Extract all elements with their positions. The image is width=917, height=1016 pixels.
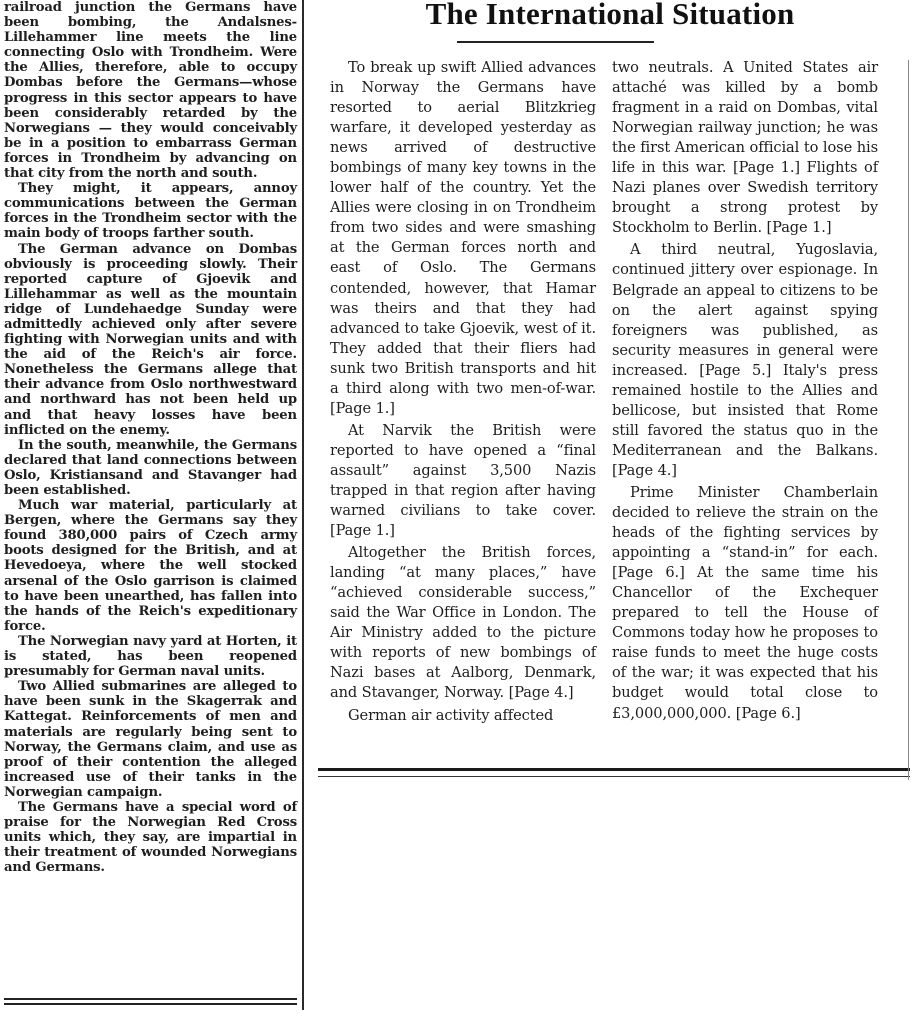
paragraph: To break up swift Allied advances in Nor… [330, 58, 596, 419]
paragraph: The German advance on Dombas obviously i… [4, 242, 297, 438]
paragraph: two neutrals. A United States air attach… [612, 58, 878, 238]
article-end-rule [318, 768, 910, 771]
paragraph: A third neutral, Yugoslavia, continued j… [612, 240, 878, 481]
paragraph: In the south, meanwhile, the Germans dec… [4, 438, 297, 498]
paragraph: At Narvik the British were reported to h… [330, 421, 596, 541]
column-divider [302, 0, 304, 1010]
headline-rule [457, 41, 654, 43]
headline: The International Situation [310, 0, 910, 32]
paragraph: The Norwegian navy yard at Horten, it is… [4, 634, 297, 679]
paragraph: Altogether the British forces, landing “… [330, 543, 596, 703]
paragraph: Prime Minister Chamberlain decided to re… [612, 483, 878, 724]
left-clipping-column: railroad junction the Germans have been … [4, 0, 297, 875]
paragraph: Much war material, particularly at Berge… [4, 498, 297, 634]
paragraph: Two Allied submarines are alleged to hav… [4, 679, 297, 800]
paragraph: German air activity affected [330, 706, 596, 726]
article-end-rule-thin [318, 776, 910, 777]
paragraph: railroad junction the Germans have been … [4, 0, 297, 181]
article-column-1: To break up swift Allied advances in Nor… [330, 58, 596, 728]
article-column-2: two neutrals. A United States air attach… [612, 58, 878, 726]
column-end-rule [4, 1003, 297, 1005]
column-end-rule [4, 998, 297, 1000]
article-panel: The International Situation To break up … [310, 0, 910, 790]
paragraph: They might, it appears, annoy communicat… [4, 181, 297, 241]
clipping-edge [908, 60, 909, 780]
paragraph: The Germans have a special word of prais… [4, 800, 297, 875]
